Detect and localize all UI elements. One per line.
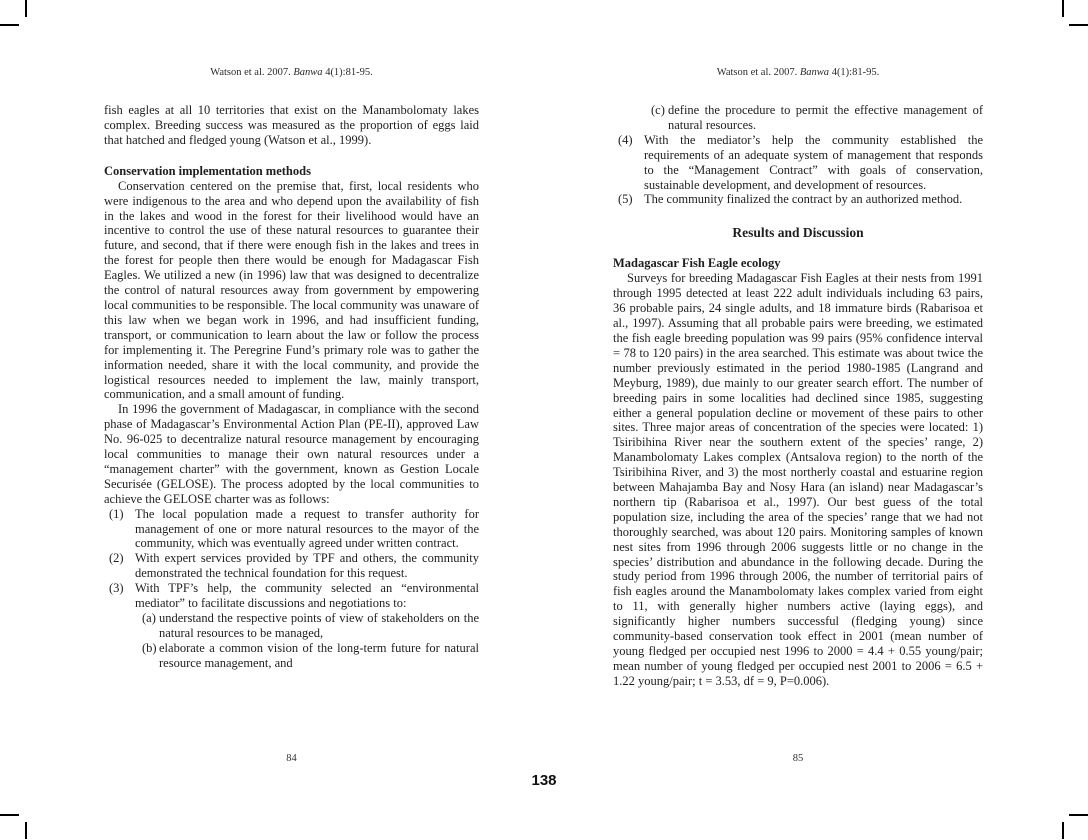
running-header-issue: 4(1):81-95. [829, 67, 879, 78]
running-header-left: Watson et al. 2007. Banwa 4(1):81-95. [104, 66, 479, 79]
book-page-number: 138 [0, 772, 1088, 789]
list-item-label: (2) [109, 551, 135, 581]
list-item-label: (c) [651, 103, 668, 133]
crop-mark-top-left-vertical [25, 0, 27, 17]
numbered-list-item: (5) The community finalized the contract… [613, 192, 983, 207]
list-item-label: (3) [109, 581, 135, 611]
running-header-citation: Watson et al. 2007. [717, 67, 800, 78]
numbered-list-item: (3) With TPF’s help, the community selec… [104, 581, 479, 611]
page-number-right: 85 [613, 753, 983, 764]
page-column-right: Watson et al. 2007. Banwa 4(1):81-95. (c… [613, 66, 983, 689]
list-item-text: elaborate a common vision of the long-te… [159, 641, 479, 671]
running-header-citation: Watson et al. 2007. [210, 67, 293, 78]
list-item-text: With expert services provided by TPF and… [135, 551, 479, 581]
list-item-label: (a) [142, 611, 159, 641]
page-body-left: fish eagles at all 10 territories that e… [104, 103, 479, 671]
running-header-right: Watson et al. 2007. Banwa 4(1):81-95. [613, 66, 983, 79]
page-body-right: (c) define the procedure to permit the e… [613, 103, 983, 689]
list-item-text: understand the respective points of view… [159, 611, 479, 641]
list-item-label: (4) [618, 133, 644, 193]
numbered-list-item: (4) With the mediator’s help the communi… [613, 133, 983, 193]
list-item-text: With TPF’s help, the community selected … [135, 581, 479, 611]
running-header-issue: 4(1):81-95. [323, 67, 373, 78]
journal-name: Banwa [800, 67, 829, 78]
journal-name: Banwa [293, 67, 322, 78]
list-item-label: (b) [142, 641, 159, 671]
crop-mark-top-left-horizontal [0, 24, 19, 26]
page-column-left: Watson et al. 2007. Banwa 4(1):81-95. fi… [104, 66, 479, 671]
paragraph-fish-eagle-ecology: Surveys for breeding Madagascar Fish Eag… [613, 271, 983, 688]
list-item-text: define the procedure to permit the effec… [668, 103, 983, 133]
list-item-text: The community finalized the contract by … [644, 192, 983, 207]
crop-mark-bottom-left-vertical [25, 822, 27, 839]
list-item-label: (1) [109, 507, 135, 552]
numbered-list-item: (1) The local population made a request … [104, 507, 479, 552]
page-number-left: 84 [104, 753, 479, 764]
paragraph-conservation-premise: Conservation centered on the premise tha… [104, 179, 479, 403]
crop-mark-top-right-vertical [1062, 0, 1064, 17]
crop-mark-bottom-right-horizontal [1069, 814, 1088, 816]
intro-paragraph: fish eagles at all 10 territories that e… [104, 103, 479, 148]
crop-mark-bottom-left-horizontal [0, 814, 19, 816]
results-heading: Results and Discussion [613, 225, 983, 240]
paragraph-gelose-law: In 1996 the government of Madagascar, in… [104, 402, 479, 506]
subsection-heading-ecology: Madagascar Fish Eagle ecology [613, 256, 983, 271]
scanned-journal-spread: Watson et al. 2007. Banwa 4(1):81-95. fi… [0, 0, 1088, 840]
list-item-label: (5) [618, 192, 644, 207]
list-item-text: With the mediator’s help the community e… [644, 133, 983, 193]
list-item-text: The local population made a request to t… [135, 507, 479, 552]
sub-list-item: (a) understand the respective points of … [142, 611, 479, 641]
crop-mark-bottom-right-vertical [1062, 822, 1064, 839]
sub-list-item: (c) define the procedure to permit the e… [651, 103, 983, 133]
section-heading-conservation: Conservation implementation methods [104, 164, 479, 179]
sub-list-item: (b) elaborate a common vision of the lon… [142, 641, 479, 671]
numbered-list-item: (2) With expert services provided by TPF… [104, 551, 479, 581]
crop-mark-top-right-horizontal [1069, 24, 1088, 26]
